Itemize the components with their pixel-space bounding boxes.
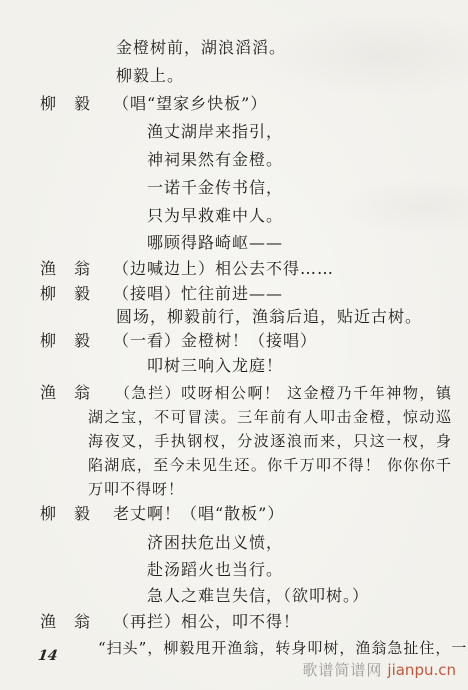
speaker-name: 柳 毅 — [40, 284, 92, 304]
speaker-line: 柳 毅（唱“望家乡快板”） — [0, 92, 468, 120]
speaker-line: 渔 翁（再拦）相公，叩不得！ — [0, 611, 468, 637]
page-number: 14 — [37, 648, 59, 664]
speaker-line: 渔 翁（边喊边上）相公去不得…… — [0, 258, 468, 284]
speaker-name: 柳 毅 — [40, 501, 92, 527]
speaker-line: 柳 毅老丈啊！（唱“散板”） — [0, 501, 468, 531]
dialogue-text: （再拦）相公，叩不得！ — [113, 612, 300, 631]
dialogue-text: 老丈啊！（唱“散板”） — [113, 504, 284, 523]
dialogue-text: （急拦）哎呀相公啊！ 这金橙乃千年神物，镇湖之宝，不可冒渎。三年前有人叩击金橙，… — [88, 384, 452, 498]
watermark-site-url: jianpu.cn — [387, 661, 456, 679]
speaker-name: 渔 翁 — [40, 611, 92, 633]
dialogue-text: （一看）金橙树！（接唱） — [113, 331, 317, 350]
verse-line: 只为早救难中人。 — [0, 204, 468, 232]
speaker-name: 渔 翁 — [40, 258, 92, 280]
verse-line: 济困扶危出义愤， — [0, 531, 468, 558]
watermark: 歌谱简谱网jianpu.cn — [302, 659, 456, 680]
stage-direction: 圆场，柳毅前行，渔翁后追，贴近古树。 — [0, 306, 468, 330]
speaker-name: 柳 毅 — [40, 330, 92, 351]
scanned-script-page: 金橙树前，湖浪滔滔。 柳毅上。 柳 毅（唱“望家乡快板”） 渔丈湖岸来指引， 神… — [0, 0, 468, 690]
speaker-line: 柳 毅（一看）金橙树！（接唱） — [0, 330, 468, 354]
dialogue-text: （唱“望家乡快板”） — [113, 94, 267, 113]
dialogue-text: （接唱）忙往前进—— — [113, 284, 283, 303]
verse-line: 叩树三响入龙庭！ — [0, 354, 468, 381]
speaker-paragraph: 渔 翁（急拦）哎呀相公啊！ 这金橙乃千年神物，镇湖之宝，不可冒渎。三年前有人叩击… — [88, 381, 452, 501]
watermark-site-name: 歌谱简谱网 — [302, 661, 382, 679]
speaker-name: 渔 翁 — [40, 381, 92, 405]
dialogue-text: （边喊边上）相公去不得…… — [113, 259, 334, 278]
speaker-name: 柳 毅 — [40, 92, 92, 116]
script-text-block: 金橙树前，湖浪滔滔。 柳毅上。 柳 毅（唱“望家乡快板”） 渔丈湖岸来指引， 神… — [0, 36, 468, 663]
stage-direction: 柳毅上。 — [0, 64, 468, 92]
speaker-line: 柳 毅（接唱）忙往前进—— — [0, 284, 468, 306]
verse-line: 急人之难岂失信，（欲叩树。） — [0, 585, 468, 611]
verse-line: 渔丈湖岸来指引， — [0, 120, 468, 148]
stage-direction: 金橙树前，湖浪滔滔。 — [0, 36, 468, 64]
verse-line: 一诺千金传书信， — [0, 176, 468, 204]
verse-line: 赴汤蹈火也当行。 — [0, 558, 468, 585]
verse-line: 神祠果然有金橙。 — [0, 148, 468, 176]
verse-line: 哪顾得路崎岖—— — [0, 232, 468, 258]
